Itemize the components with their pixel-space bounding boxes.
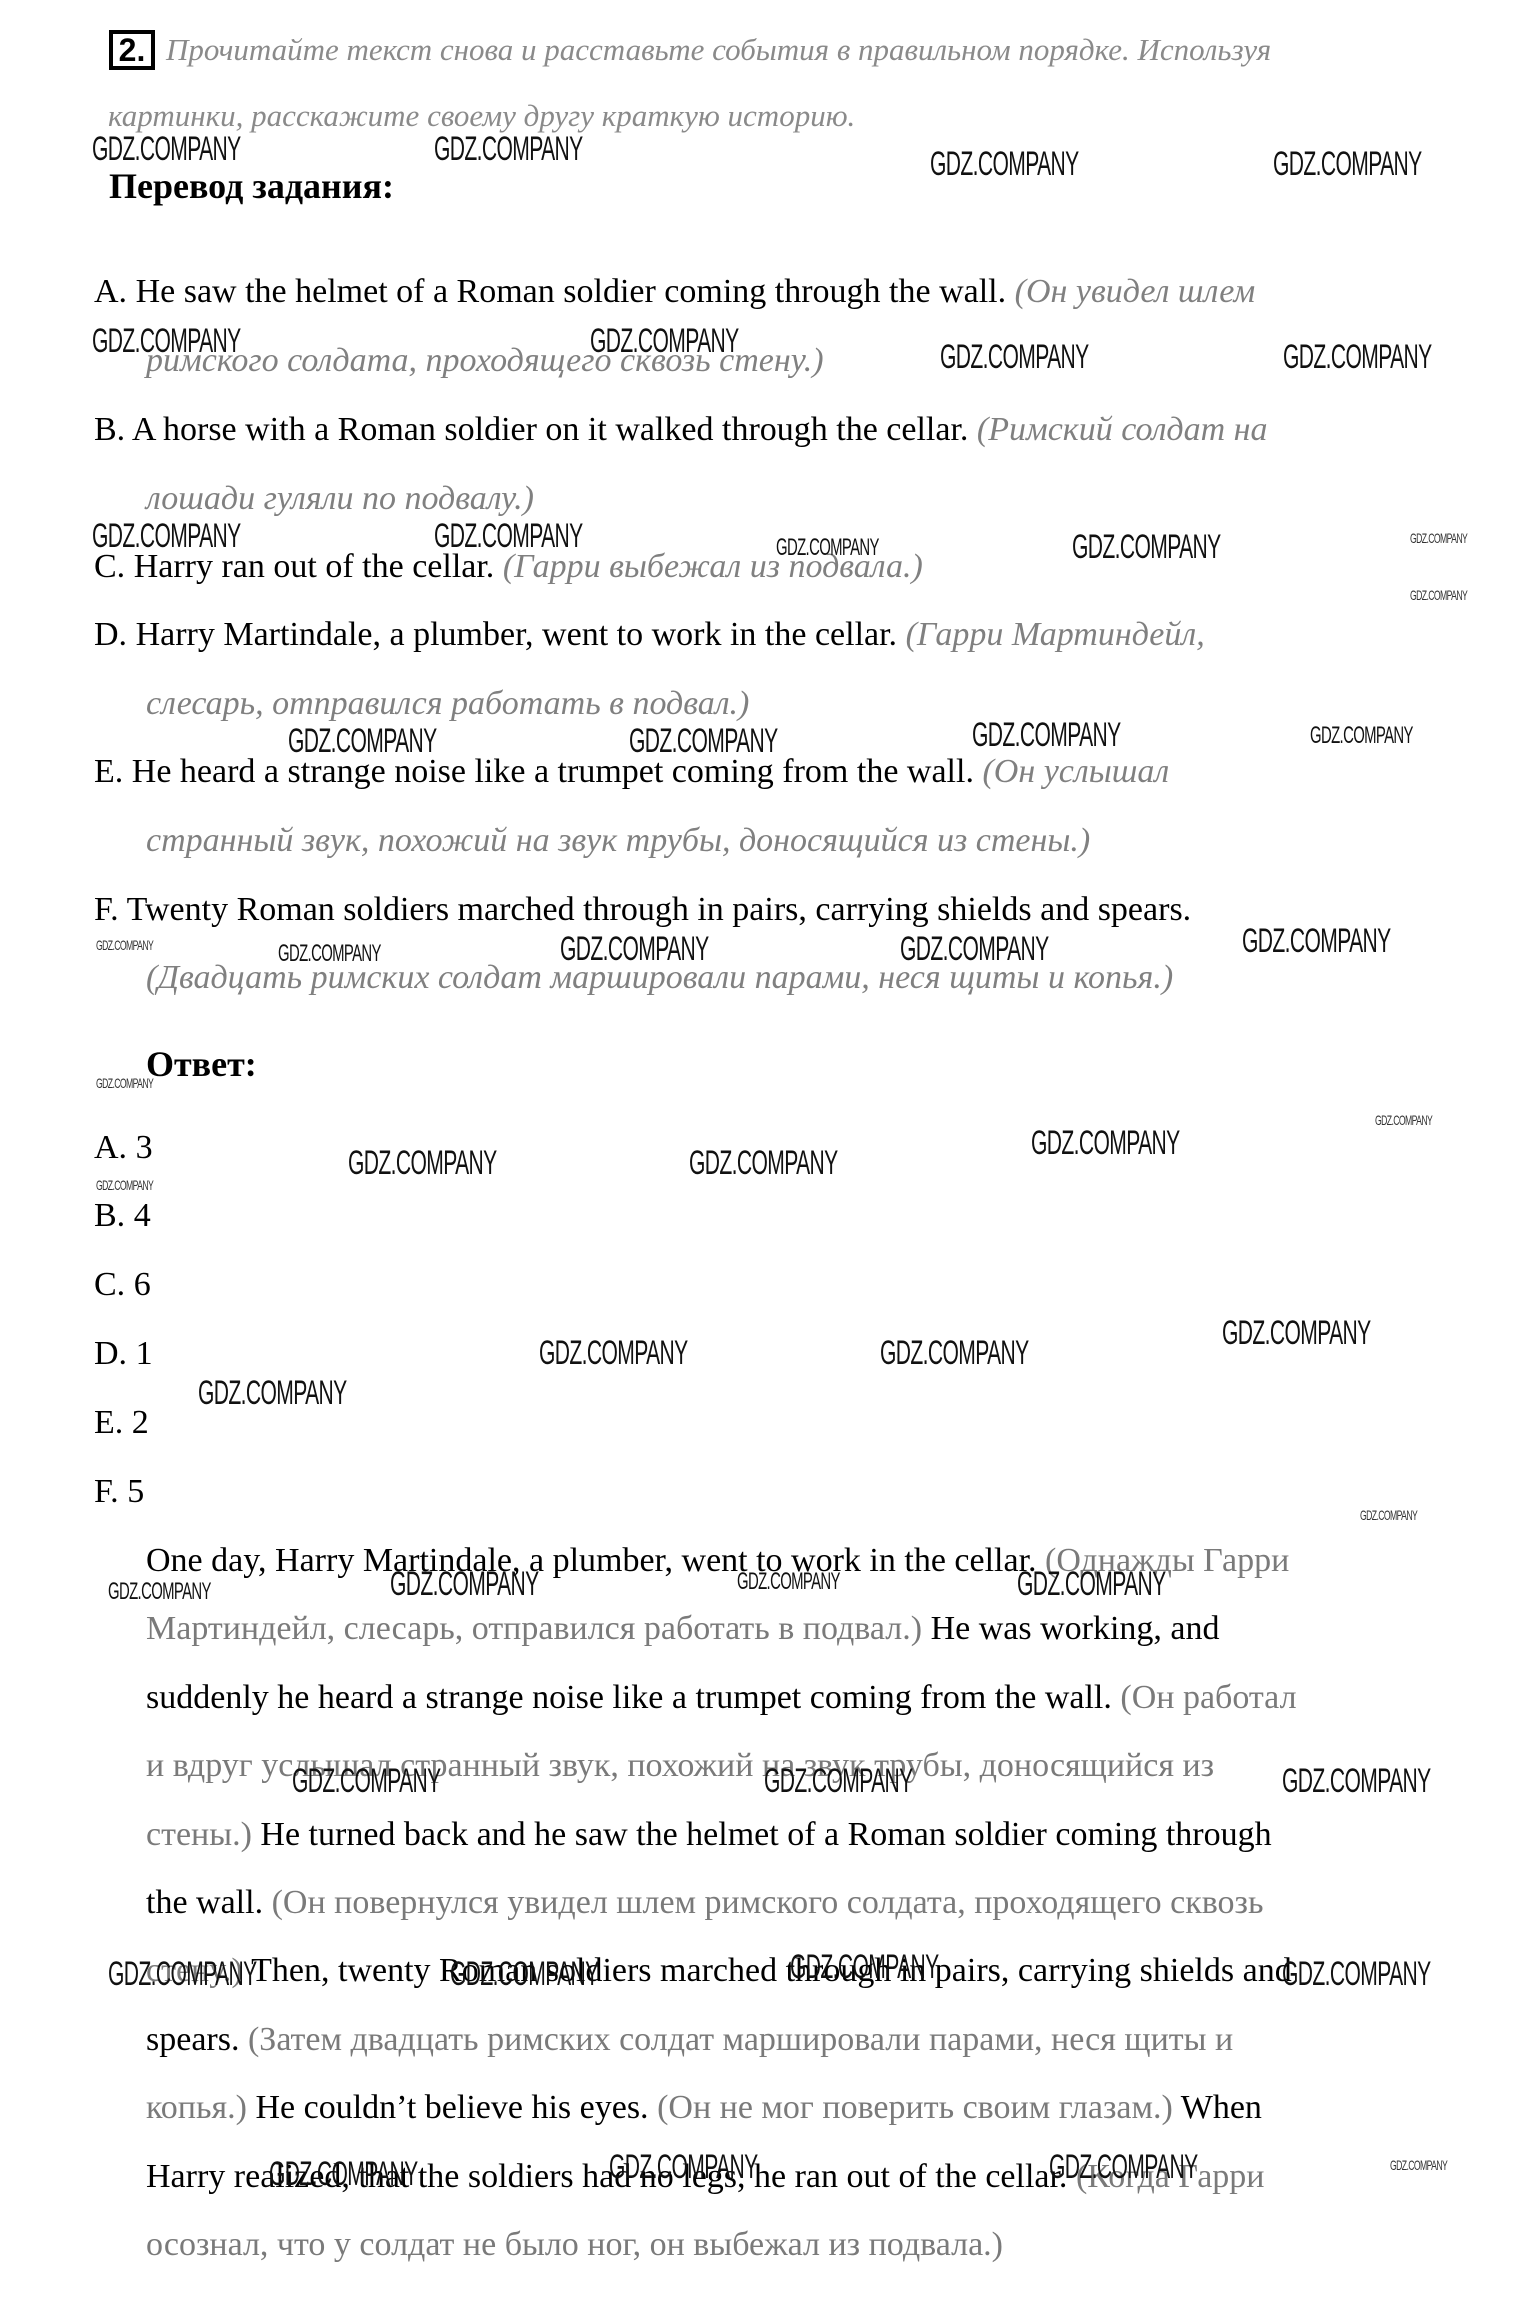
watermark: GDZ.COMPANY <box>1410 587 1467 603</box>
watermark: GDZ.COMPANY <box>96 1177 153 1193</box>
story-line: и вдруг услышал странный звук, похожий н… <box>146 1746 1214 1786</box>
story-text-ru: (Он не мог поверить своим глазам.) <box>657 2089 1181 2126</box>
watermark: GDZ.COMPANY <box>880 1334 1029 1373</box>
story-text-ru: (Однажды Гарри <box>1045 1542 1289 1579</box>
watermark: GDZ.COMPANY <box>1273 145 1422 184</box>
story-text-ru: (Он повернулся увидел шлем римского солд… <box>272 1884 1264 1921</box>
watermark: GDZ.COMPANY <box>96 1075 153 1091</box>
answer-item-b: B. 4 <box>94 1196 151 1236</box>
watermark: GDZ.COMPANY <box>1390 2157 1447 2173</box>
event-item-f-ru-continued: (Двадцать римских солдат маршировали пар… <box>146 958 1173 998</box>
story-text-en: spears. <box>146 2021 248 2058</box>
watermark: GDZ.COMPANY <box>1282 1762 1431 1801</box>
story-line: стены.) He turned back and he saw the he… <box>146 1815 1272 1855</box>
translation-heading: Перевод задания: <box>109 166 394 206</box>
watermark: GDZ.COMPANY <box>1031 1124 1180 1163</box>
story-line: осознал, что у солдат не было ног, он вы… <box>146 2225 1003 2265</box>
story-text-ru: (Затем двадцать римских солдат марширова… <box>248 2021 1233 2058</box>
watermark: GDZ.COMPANY <box>940 338 1089 377</box>
story-text-ru: и вдруг услышал странный звук, похожий н… <box>146 1747 1214 1784</box>
event-text-ru: (Гарри выбежал из подвала.) <box>503 548 923 585</box>
event-text-en: Harry Martindale, a plumber, went to wor… <box>136 616 898 653</box>
story-line: копья.) He couldn’t believe his eyes. (О… <box>146 2088 1262 2128</box>
watermark: GDZ.COMPANY <box>348 1144 497 1183</box>
event-item-b-ru-continued: лошади гуляли по подвалу.) <box>146 479 534 519</box>
event-letter: C. <box>94 548 125 585</box>
answer-value: 5 <box>127 1473 144 1510</box>
event-text-en: Twenty Roman soldiers marched through in… <box>127 891 1192 928</box>
story-line: Harry realized, that the soldiers had no… <box>146 2157 1264 2197</box>
event-text-ru: (Он услышал <box>982 753 1169 790</box>
story-text-en: When <box>1181 2089 1262 2126</box>
answer-heading: Ответ: <box>146 1044 257 1084</box>
story-text-ru: копья.) <box>146 2089 255 2126</box>
story-text-en: He was working, and <box>931 1610 1220 1647</box>
story-text-en: He couldn’t believe his eyes. <box>255 2089 657 2126</box>
event-item-f: F. Twenty Roman soldiers marched through… <box>94 890 1191 930</box>
answer-value: 3 <box>136 1129 153 1166</box>
story-line: spears. (Затем двадцать римских солдат м… <box>146 2020 1233 2060</box>
story-text-ru: Мартиндейл, слесарь, отправился работать… <box>146 1610 931 1647</box>
event-text-ru: (Римский солдат на <box>977 411 1268 448</box>
story-text-en: suddenly he heard a strange noise like a… <box>146 1679 1120 1716</box>
event-item-a-ru-continued: римского солдата, проходящего сквозь сте… <box>146 341 824 381</box>
event-letter: A. <box>94 273 127 310</box>
answer-letter: E. <box>94 1404 123 1441</box>
watermark: GDZ.COMPANY <box>1282 1955 1431 1994</box>
watermark: GDZ.COMPANY <box>689 1144 838 1183</box>
story-text-ru: осознал, что у солдат не было ног, он вы… <box>146 2226 1003 2263</box>
watermark: GDZ.COMPANY <box>972 716 1121 755</box>
event-text-en: He saw the helmet of a Roman soldier com… <box>136 273 1007 310</box>
answer-letter: B. <box>94 1197 125 1234</box>
answer-value: 2 <box>132 1404 149 1441</box>
event-item-d-ru-continued: слесарь, отправился работать в подвал.) <box>146 684 749 724</box>
answer-item-f: F. 5 <box>94 1472 144 1512</box>
event-text-ru: (Гарри Мартиндейл, <box>906 616 1205 653</box>
event-item-a: A. He saw the helmet of a Roman soldier … <box>94 272 1255 312</box>
watermark: GDZ.COMPANY <box>1072 528 1221 567</box>
answer-item-e: E. 2 <box>94 1403 149 1443</box>
event-letter: F. <box>94 891 119 928</box>
story-line: стену.) Then, twenty Roman soldiers marc… <box>146 1951 1292 1991</box>
event-text-en: A horse with a Roman soldier on it walke… <box>132 411 969 448</box>
watermark: GDZ.COMPANY <box>1410 530 1467 546</box>
event-item-e-ru-continued: странный звук, похожий на звук трубы, до… <box>146 821 1090 861</box>
watermark: GDZ.COMPANY <box>930 145 1079 184</box>
story-text-ru: стены.) <box>146 1816 260 1853</box>
answer-letter: F. <box>94 1473 119 1510</box>
answer-value: 1 <box>136 1335 153 1372</box>
answer-item-a: A. 3 <box>94 1128 153 1168</box>
story-text-en: One day, Harry Martindale, a plumber, we… <box>146 1542 1045 1579</box>
answer-item-d: D. 1 <box>94 1334 153 1374</box>
story-text-en: Then, twenty Roman soldiers marched thro… <box>251 1952 1292 1989</box>
story-text-en: Harry realized, that the soldiers had no… <box>146 2158 1076 2195</box>
event-text-en: Harry ran out of the cellar. <box>134 548 495 585</box>
story-text-ru: стену.) <box>146 1952 251 1989</box>
story-text-ru: (Он работал <box>1120 1679 1296 1716</box>
answer-letter: C. <box>94 1266 125 1303</box>
event-letter: E. <box>94 753 123 790</box>
event-letter: D. <box>94 616 127 653</box>
event-text-ru: (Он увидел шлем <box>1015 273 1256 310</box>
story-text-en: the wall. <box>146 1884 272 1921</box>
event-text-en: He heard a strange noise like a trumpet … <box>132 753 974 790</box>
watermark: GDZ.COMPANY <box>1360 1507 1417 1523</box>
watermark: GDZ.COMPANY <box>198 1374 347 1413</box>
task-instruction-line-2: картинки, расскажите своему другу кратку… <box>108 96 855 136</box>
event-letter: B. <box>94 411 125 448</box>
story-text-en: He turned back and he saw the helmet of … <box>260 1816 1271 1853</box>
story-line: suddenly he heard a strange noise like a… <box>146 1678 1297 1718</box>
watermark: GDZ.COMPANY <box>1222 1314 1371 1353</box>
task-instruction-line-1: Прочитайте текст снова и расставьте собы… <box>166 30 1271 70</box>
watermark: GDZ.COMPANY <box>1242 922 1391 961</box>
answer-letter: A. <box>94 1129 127 1166</box>
event-item-b: B. A horse with a Roman soldier on it wa… <box>94 410 1268 450</box>
story-line: One day, Harry Martindale, a plumber, we… <box>146 1541 1289 1581</box>
task-number-badge: 2. <box>109 30 155 70</box>
answer-value: 4 <box>134 1197 151 1234</box>
watermark: GDZ.COMPANY <box>96 937 153 953</box>
watermark: GDZ.COMPANY <box>1375 1112 1432 1128</box>
answer-value: 6 <box>134 1266 151 1303</box>
story-text-ru: (Когда Гарри <box>1076 2158 1265 2195</box>
story-line: Мартиндейл, слесарь, отправился работать… <box>146 1609 1220 1649</box>
story-line: the wall. (Он повернулся увидел шлем рим… <box>146 1883 1263 1923</box>
answer-item-c: C. 6 <box>94 1265 151 1305</box>
event-item-c: C. Harry ran out of the cellar. (Гарри в… <box>94 547 923 587</box>
watermark: GDZ.COMPANY <box>1310 722 1413 750</box>
watermark: GDZ.COMPANY <box>108 1578 211 1606</box>
answer-letter: D. <box>94 1335 127 1372</box>
event-item-e: E. He heard a strange noise like a trump… <box>94 752 1169 792</box>
watermark: GDZ.COMPANY <box>539 1334 688 1373</box>
event-item-d: D. Harry Martindale, a plumber, went to … <box>94 615 1205 655</box>
watermark: GDZ.COMPANY <box>1283 338 1432 377</box>
